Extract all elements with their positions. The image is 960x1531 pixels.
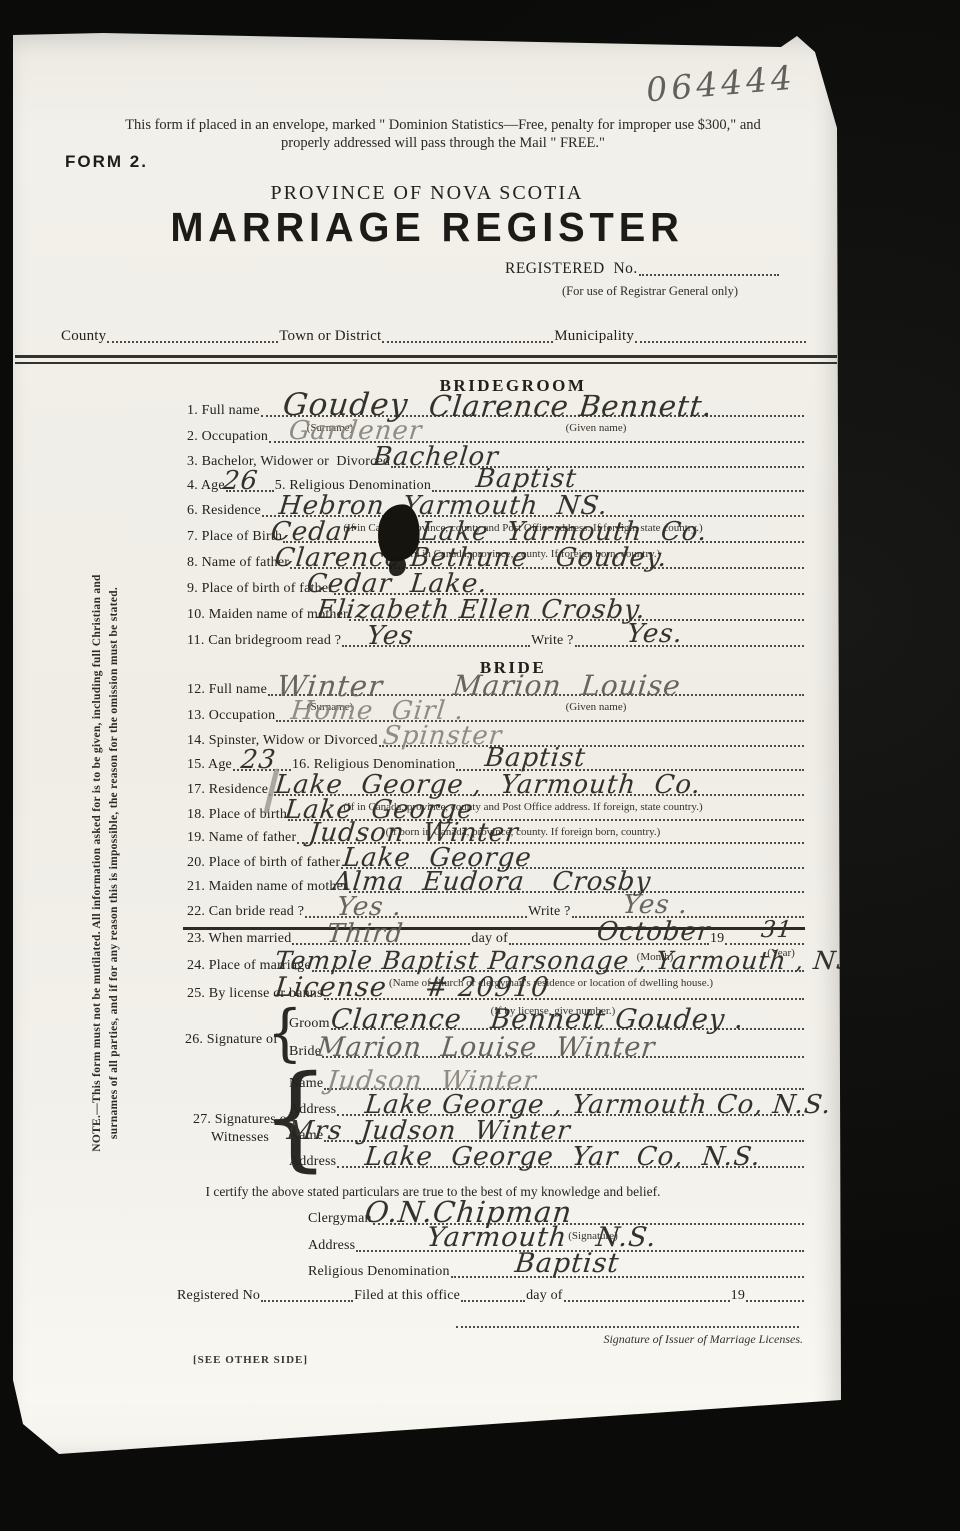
issuer-signature-caption: Signature of Issuer of Marriage Licenses… (553, 1332, 803, 1347)
registered-no-label: REGISTERED No. (505, 260, 638, 278)
footer-filed-blank (461, 1300, 525, 1302)
field-bg-literacy: 11. Can bridegroom read ? Write ? (187, 629, 805, 649)
footer-year-prefix: 19 (731, 1288, 745, 1304)
issuer-signature-row (455, 1310, 800, 1330)
municipality-blank (635, 341, 806, 343)
br-mother-label: 21. Maiden name of mother (187, 879, 348, 895)
entry-bg-occupation: Gardener (288, 418, 424, 444)
town-label: Town or District (279, 328, 381, 345)
signature-of-label: 26. Signature of (185, 1032, 278, 1048)
entry-bride-signature: Marion Louise Winter (316, 1034, 657, 1061)
bg-birthplace-label: 7. Place of Birth (187, 529, 282, 545)
see-other-side: [SEE OTHER SIDE] (193, 1354, 308, 1366)
entry-witness2-address: Lake George Yar Co, N.S. (364, 1144, 762, 1170)
day-of-label: day of (471, 931, 508, 947)
when-year-blank (725, 943, 804, 945)
entry-bg-mother: Elizabeth Ellen Crosby. (316, 597, 648, 623)
year-prefix: 19 (710, 931, 724, 947)
entry-br-can-read: Yes . (336, 894, 404, 920)
header-divider (15, 355, 837, 364)
entry-br-status: Spinster (382, 723, 504, 749)
margin-note: NOTE.—This form must not be mutilated. A… (89, 538, 123, 1188)
office-filing-row: Registered No Filed at this office day o… (177, 1284, 805, 1304)
bg-occupation-label: 2. Occupation (187, 429, 268, 445)
field-when-married: 23. When married day of 19 (187, 927, 805, 947)
entry-clergyman-address: Yarmouth N.S. (426, 1224, 658, 1251)
br-age-label: 15. Age (187, 757, 232, 773)
entry-marriage-place: Temple Baptist Parsonage , Yarmouth , NS… (274, 948, 864, 973)
entry-bg-father: Clarence Bethune Goudey. (274, 545, 669, 571)
scanned-marriage-register: { "page": { "stamp_number": "064444" }, … (0, 0, 960, 1531)
bg-age-label: 4. Age (187, 478, 225, 494)
entry-bg-birthplace: Cedar Lake Yarmouth Co. (270, 519, 709, 545)
footer-year-blank (746, 1300, 804, 1302)
bg-fullname-label: 1. Full name (187, 403, 260, 419)
entry-witness2-name: Mrs Judson Winter (286, 1118, 572, 1144)
margin-note-line2: surnames of all parties, and if for any … (106, 538, 123, 1188)
br-birthplace-label: 18. Place of birth (187, 807, 287, 823)
municipality-label: Municipality (554, 328, 634, 345)
field-bg-father-birthplace: 9. Place of birth of father (187, 577, 805, 597)
clergyman-label: Clergyman (308, 1211, 372, 1227)
bg-literacy-label: 11. Can bridegroom read ? (187, 633, 341, 649)
br-father-birthplace-label: 20. Place of birth of father (187, 855, 340, 871)
entry-groom-signature: Clarence Bennett Goudey . (330, 1006, 746, 1033)
town-blank (382, 341, 553, 343)
entry-bg-age: 26 (222, 468, 260, 494)
entry-bg-can-write: Yes. (626, 621, 685, 647)
entry-bg-religion: Baptist (475, 466, 579, 492)
entry-bg-given: Clarence Bennett. (427, 392, 714, 421)
bg-write-blank (575, 645, 804, 647)
entry-witness1-address: Lake George , Yarmouth Co, N.S. (364, 1092, 833, 1118)
br-write-label: Write ? (528, 904, 570, 920)
registered-no-blank (639, 274, 779, 276)
form-page: 064444 This form if placed in an envelop… (13, 32, 841, 1456)
br-fullname-label: 12. Full name (187, 682, 267, 698)
entry-clergyman-denomination: Baptist (514, 1250, 621, 1277)
entry-when-month: October (596, 919, 712, 945)
entry-license: License # 20910 (274, 974, 551, 1001)
page-title: MARRIAGE REGISTER (25, 204, 828, 251)
entry-br-age: 23 (240, 747, 278, 773)
field-br-literacy: 22. Can bride read ? Write ? (187, 900, 805, 920)
br-occupation-label: 13. Occupation (187, 708, 275, 724)
bg-write-label: Write ? (531, 633, 573, 649)
entry-when-year: 31 (760, 919, 794, 942)
entry-bg-residence: Hebron Yarmouth NS. (278, 493, 610, 519)
clergyman-address-label: Address (308, 1238, 355, 1254)
stamp-number: 064444 (645, 58, 798, 110)
mail-notice-line1: This form if placed in an envelope, mark… (73, 116, 813, 134)
form-number-label: FORM 2. (65, 152, 148, 172)
footer-registered-blank (261, 1300, 353, 1302)
entry-bg-can-read: Yes (366, 623, 415, 649)
footer-registered-label: Registered No (177, 1288, 260, 1304)
witness1-name-label: Name (289, 1076, 323, 1092)
br-father-label: 19. Name of father (187, 830, 296, 846)
issuer-signature-blank (456, 1326, 799, 1328)
registered-no-row: REGISTERED No. (505, 258, 780, 278)
entry-br-can-write: Yes . (622, 892, 690, 918)
witness2-address-label: Address (289, 1154, 336, 1170)
footer-day-of-label: day of (526, 1288, 563, 1304)
mail-notice-line2: properly addressed will pass through the… (73, 134, 813, 152)
br-status-label: 14. Spinster, Widow or Divorced (187, 733, 378, 749)
county-label: County (61, 328, 106, 345)
clergyman-denomination-blank (451, 1276, 804, 1278)
province-heading: PROVINCE OF NOVA SCOTIA (13, 182, 841, 205)
location-row: County Town or District Municipality (61, 325, 807, 345)
margin-note-line1: NOTE.—This form must not be mutilated. A… (89, 538, 106, 1188)
clergyman-denomination-label: Religious Denomination (308, 1264, 450, 1280)
footer-day-blank (564, 1300, 730, 1302)
bg-residence-label: 6. Residence (187, 503, 261, 519)
registrar-caption: (For use of Registrar General only) (505, 284, 795, 299)
br-residence-label: 17. Residence (187, 782, 268, 798)
when-married-label: 23. When married (187, 931, 291, 947)
entry-br-given: Marion Louise (452, 672, 683, 700)
br-literacy-label: 22. Can bride read ? (187, 904, 304, 920)
county-blank (107, 341, 278, 343)
bg-status-label: 3. Bachelor, Widower or Divorced (187, 454, 390, 470)
footer-filed-label: Filed at this office (354, 1288, 460, 1304)
mail-notice: This form if placed in an envelope, mark… (73, 116, 813, 152)
groom-label: Groom (289, 1016, 330, 1032)
entry-br-religion: Baptist (484, 745, 588, 771)
entry-when-day: Third (326, 921, 405, 947)
